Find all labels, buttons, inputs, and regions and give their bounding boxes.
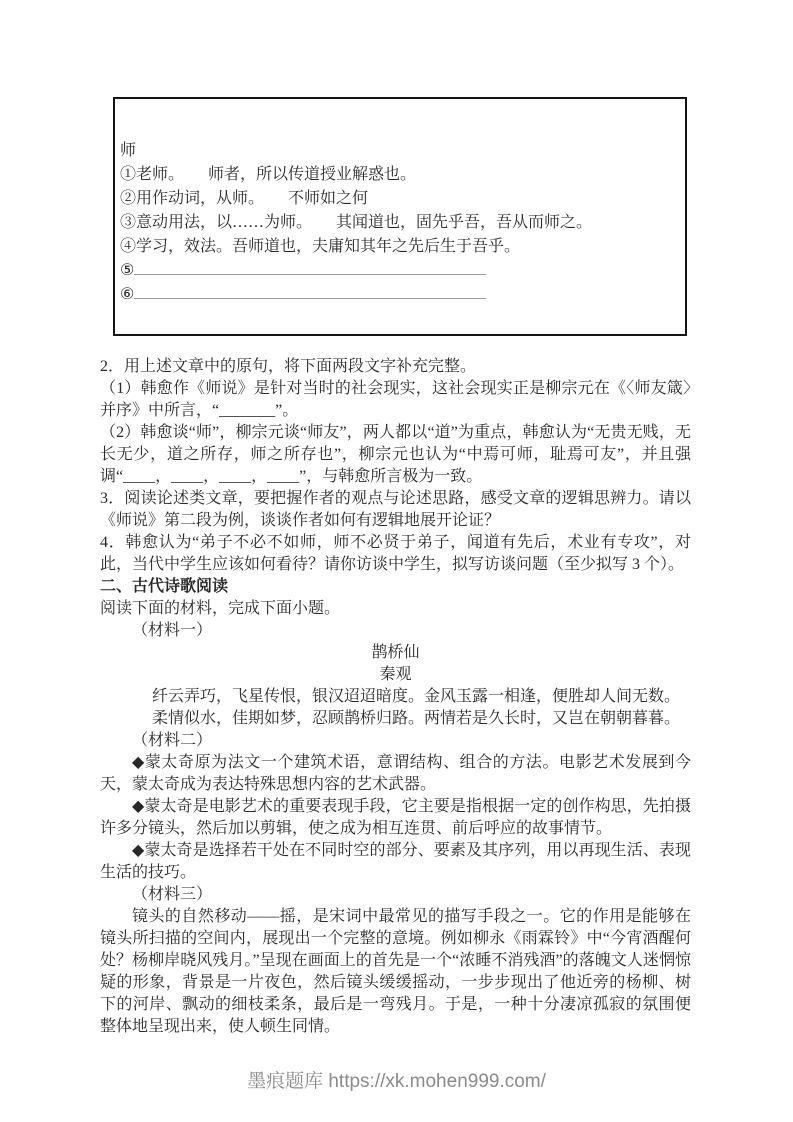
poem-line-1: 纤云弄巧，飞星传恨，银汉迢迢暗度。金风玉露一相逢，便胜却人间无数。 (100, 686, 691, 708)
worksheet-body: 2．用上述文章中的原句，将下面两段文字补充完整。 （1）韩愈作《师说》是针对当时… (100, 356, 691, 1038)
glossary-box: 师 ①老师。 师者，所以传道授业解惑也。 ②用作动词，从师。 不师如之何 ③意动… (113, 97, 687, 336)
document-page: { "glossary_box": { "headword": "师", "en… (0, 0, 793, 1122)
fill-in-blank-line-6 (134, 283, 486, 299)
poem-author: 秦观 (100, 664, 691, 686)
glossary-entry-1: ①老师。 师者，所以传道授业解惑也。 (120, 163, 677, 187)
question-2-part-2: （2）韩愈谈“师”，柳宗元谈“师友”，两人都以“道”为重点，韩愈认为“无贵无贱，… (100, 422, 691, 488)
glossary-blank-label-5: ⑤ (120, 262, 134, 279)
material-3-label: （材料三） (100, 884, 691, 906)
poem-line-2: 柔情似水，佳期如梦，忍顾鹊桥归路。两情若是久长时，又岂在朝朝暮暮。 (100, 708, 691, 730)
fill-in-blank-line-5 (134, 259, 486, 275)
question-2: 2．用上述文章中的原句，将下面两段文字补充完整。 (100, 356, 691, 378)
glossary-blank-row-6: ⑥ (120, 283, 677, 307)
section-heading-poetry: 二、古代诗歌阅读 (100, 576, 691, 598)
material-2-bullet-1: ◆蒙太奇原为法文一个建筑术语，意谓结构、组合的方法。电影艺术发展到今天，蒙太奇成… (100, 752, 691, 796)
material-2-bullet-2: ◆蒙太奇是电影艺术的重要表现手段，它主要是指根据一定的创作构思，先拍摄许多分镜头… (100, 796, 691, 840)
poem-title: 鹊桥仙 (100, 642, 691, 664)
glossary-headword: 师 (120, 139, 677, 163)
question-2-part-1: （1）韩愈作《师说》是针对当时的社会现实，这社会现实正是柳宗元在《〈师友箴〉并序… (100, 378, 691, 422)
glossary-blank-row-5: ⑤ (120, 259, 677, 283)
material-2-label: （材料二） (100, 730, 691, 752)
question-3: 3．阅读论述类文章，要把握作者的观点与论述思路，感受文章的逻辑思辨力。请以《师说… (100, 488, 691, 532)
material-1-label: （材料一） (100, 620, 691, 642)
material-3-paragraph: 镜头的自然移动——摇，是宋词中最常见的描写手段之一。它的作用是能够在镜头所扫描的… (100, 906, 691, 1038)
site-watermark: 墨痕题库 https://xk.mohen999.com/ (0, 1066, 793, 1093)
section-intro: 阅读下面的材料，完成下面小题。 (100, 598, 691, 620)
question-4: 4．韩愈认为“弟子不必不如师，师不必贤于弟子，闻道有先后，术业有专攻”，对此，当… (100, 532, 691, 576)
glossary-entry-3: ③意动用法，以……为师。 其闻道也，固先乎吾，吾从而师之。 (120, 211, 677, 235)
glossary-blank-label-6: ⑥ (120, 286, 134, 303)
material-2-bullet-3: ◆蒙太奇是选择若干处在不同时空的部分、要素及其序列，用以再现生活、表现生活的技巧… (100, 840, 691, 884)
glossary-entry-4: ④学习，效法。吾师道也，夫庸知其年之先后生于吾乎。 (120, 235, 677, 259)
glossary-entry-2: ②用作动词，从师。 不师如之何 (120, 187, 677, 211)
